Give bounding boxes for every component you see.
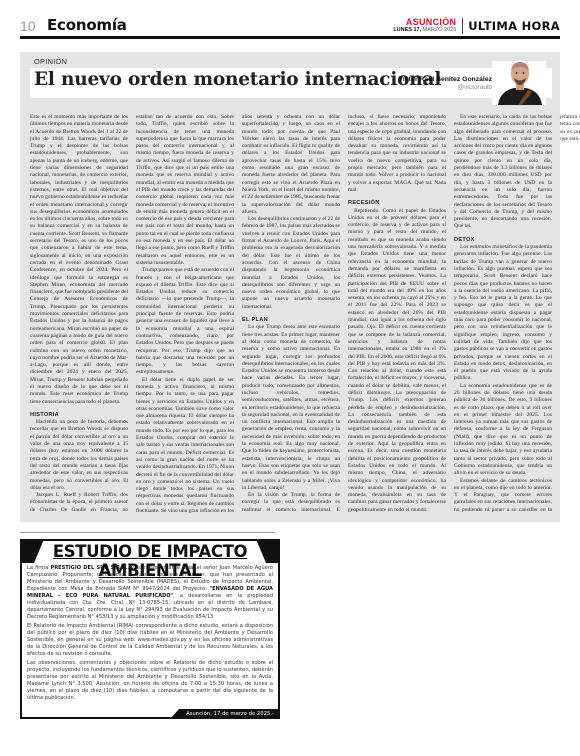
ad-dateline: Asunción, 17 de marzo de 2025.- <box>170 709 280 719</box>
ad-paragraph: Las observaciones, comentarios y objecio… <box>27 660 273 702</box>
headline-bar: El nuevo orden monetario internacional V… <box>30 68 552 98</box>
article-paragraph: Este es el momento más importante de los… <box>30 114 128 406</box>
author-photo-icon <box>492 61 546 105</box>
author-name: Víctor Raúl Benítez González <box>398 76 492 83</box>
article-paragraph: Trump parece que está de acuerdo con el … <box>136 267 234 376</box>
date-month-year: MARZO 2025 <box>423 27 457 33</box>
article-headline: El nuevo orden monetario internacional <box>34 69 441 90</box>
masthead-divider <box>462 18 463 34</box>
section-heading-el-plan: EL PLAN <box>242 317 340 324</box>
section-heading-historia: HISTORIA <box>30 412 128 419</box>
date-day: LUNES 17, <box>393 27 421 33</box>
article-paragraph: Lo que Trump desea ante este escenario t… <box>242 324 340 492</box>
masthead-rule <box>20 36 560 39</box>
article-paragraph: La economía estadounidense que es de 26 … <box>454 383 552 478</box>
ad-title: ESTUDIO DE IMPACTO AMBIENTAL <box>22 542 278 580</box>
date-label: LUNES 17, MARZO 2025 <box>393 27 456 34</box>
ad-body: La firma PRESTIGIO DEL SUR S.R.L., y su … <box>22 563 278 702</box>
section-heading-recesion: RECESIÓN <box>348 200 446 207</box>
article-kicker: OPINIÓN <box>34 57 67 66</box>
article-paragraph: Los desequilibrios continuaron y el 22 d… <box>242 216 340 311</box>
masthead-right: ASUNCIÓN LUNES 17, MARZO 2025 ULTIMA HOR… <box>393 17 560 34</box>
ad-paragraph: El Relatorio de Impacto Ambiental (RIMA)… <box>27 623 273 658</box>
city-label: ASUNCIÓN <box>393 17 456 27</box>
article-paragraph: Repitiendo. Como el papel de Estados Uni… <box>348 208 446 514</box>
section-heading-detox: DETOX <box>454 237 552 244</box>
page-number: 10 <box>20 18 36 34</box>
newspaper-brand: ULTIMA HORA <box>468 19 560 33</box>
article-body: Este es el momento más importante de los… <box>30 114 552 518</box>
ad-title-banner: ESTUDIO DE IMPACTO AMBIENTAL <box>22 541 278 563</box>
ad-separator <box>20 532 275 533</box>
dateline: ASUNCIÓN LUNES 17, MARZO 2025 <box>393 17 456 34</box>
article-paragraph: Haciendo un poco de historia, debemos re… <box>30 419 128 492</box>
article-paragraph: En este escenario, la caída de las bolsa… <box>454 114 552 231</box>
section-title: Economía <box>47 16 127 34</box>
author-handle: @victoraulb <box>458 84 492 91</box>
opinion-article: OPINIÓN El nuevo orden monetario interna… <box>20 52 560 522</box>
article-paragraph: Los estímulos monetarios de la pandemia … <box>454 244 552 383</box>
legal-notice-ad: ESTUDIO DE IMPACTO AMBIENTAL La firma PR… <box>20 539 280 719</box>
